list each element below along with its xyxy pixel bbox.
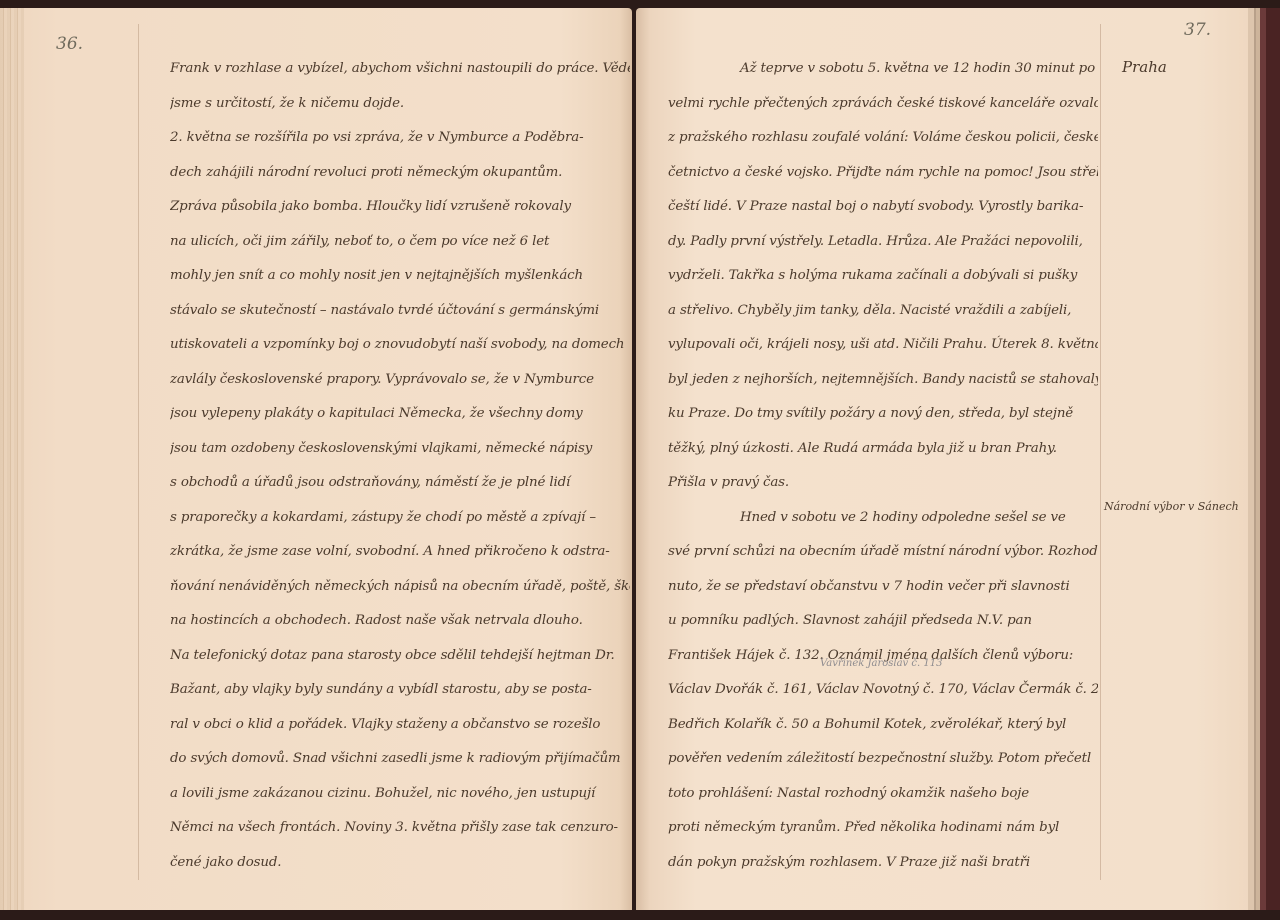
text-line: zkrátka, že jsme zase volní, svobodní. A… <box>170 535 630 570</box>
text-line: velmi rychle přečtených zprávách české t… <box>668 87 1098 122</box>
right-page-edges-and-binding <box>1248 8 1280 910</box>
text-line: 2. května se rozšířila po vsi zpráva, že… <box>170 121 630 156</box>
text-line: ňování nenáviděných německých nápisů na … <box>170 570 630 605</box>
text-line: Až teprve v sobotu 5. května ve 12 hodin… <box>668 52 1098 87</box>
text-line: s obchodů a úřadů jsou odstraňovány, nám… <box>170 466 630 501</box>
page-number-right: 37. <box>1184 20 1211 40</box>
left-page-text: Frank v rozhlase a vybízel, abychom všic… <box>170 52 630 880</box>
text-line: byl jeden z nejhorších, nejtemnějších. B… <box>668 363 1098 398</box>
text-line: Bedřich Kolařík č. 50 a Bohumil Kotek, z… <box>668 708 1098 743</box>
text-line: dy. Padly první výstřely. Letadla. Hrůza… <box>668 225 1098 260</box>
left-margin-rule <box>138 24 139 880</box>
text-line: a lovili jsme zakázanou cizinu. Bohužel,… <box>170 777 630 812</box>
text-line: a střelivo. Chyběly jim tanky, děla. Nac… <box>668 294 1098 329</box>
text-line: těžký, plný úzkosti. Ale Rudá armáda byl… <box>668 432 1098 467</box>
text-line: čeští lidé. V Praze nastal boj o nabytí … <box>668 190 1098 225</box>
text-line: jsme s určitostí, že k ničemu dojde. <box>170 87 630 122</box>
text-line: ku Praze. Do tmy svítily požáry a nový d… <box>668 397 1098 432</box>
text-line: do svých domovů. Snad všichni zasedli js… <box>170 742 630 777</box>
left-page-edges <box>0 8 24 910</box>
text-line: s praporečky a kokardami, zástupy že cho… <box>170 501 630 536</box>
text-line: dán pokyn pražským rozhlasem. V Praze ji… <box>668 846 1098 881</box>
text-line: Přišla v pravý čas. <box>668 466 1098 501</box>
text-line: dech zahájili národní revoluci proti něm… <box>170 156 630 191</box>
book-spread: 36. Frank v rozhlase a vybízel, abychom … <box>0 0 1280 920</box>
text-line: pověřen vedením záležitostí bezpečnostní… <box>668 742 1098 777</box>
text-line: Na telefonický dotaz pana starosty obce … <box>170 639 630 674</box>
text-line: čené jako dosud. <box>170 846 630 881</box>
text-line: zavlály československé prapory. Vyprávov… <box>170 363 630 398</box>
text-line: utiskovateli a vzpomínky boj o znovudoby… <box>170 328 630 363</box>
text-line: na hostincích a obchodech. Radost naše v… <box>170 604 630 639</box>
text-line: proti německým tyranům. Před několika ho… <box>668 811 1098 846</box>
pencil-insert: Vavřinek Jaroslav č. 113 <box>820 658 942 669</box>
text-line: ral v obci o klid a pořádek. Vlajky staž… <box>170 708 630 743</box>
text-line: nuto, že se představí občanstvu v 7 hodi… <box>668 570 1098 605</box>
text-line: Hned v sobotu ve 2 hodiny odpoledne seše… <box>668 501 1098 536</box>
text-line: na ulicích, oči jim zářily, neboť to, o … <box>170 225 630 260</box>
text-line: své první schůzi na obecním úřadě místní… <box>668 535 1098 570</box>
margin-note-praha: Praha <box>1122 58 1167 76</box>
text-line: stávalo se skutečností – nastávalo tvrdé… <box>170 294 630 329</box>
text-line: vylupovali oči, krájeli nosy, uši atd. N… <box>668 328 1098 363</box>
text-line: u pomníku padlých. Slavnost zahájil před… <box>668 604 1098 639</box>
text-line: jsou tam ozdobeny československými vlajk… <box>170 432 630 467</box>
text-line: z pražského rozhlasu zoufalé volání: Vol… <box>668 121 1098 156</box>
text-line: Němci na všech frontách. Noviny 3. květn… <box>170 811 630 846</box>
text-line: Frank v rozhlase a vybízel, abychom všic… <box>170 52 630 87</box>
margin-note-narodni-vybor: Národní výbor v Sánech <box>1104 500 1239 513</box>
text-line: Václav Dvořák č. 161, Václav Novotný č. … <box>668 673 1098 708</box>
text-line: jsou vylepeny plakáty o kapitulaci Němec… <box>170 397 630 432</box>
text-line: vydrželi. Takřka s holýma rukama začínal… <box>668 259 1098 294</box>
page-number-left: 36. <box>56 34 83 54</box>
text-line: toto prohlášení: Nastal rozhodný okamžik… <box>668 777 1098 812</box>
text-line: Bažant, aby vlajky byly sundány a vybídl… <box>170 673 630 708</box>
right-page-text: Až teprve v sobotu 5. května ve 12 hodin… <box>668 52 1098 880</box>
text-line: Zpráva působila jako bomba. Hloučky lidí… <box>170 190 630 225</box>
text-line: mohly jen snít a co mohly nosit jen v ne… <box>170 259 630 294</box>
right-margin-rule <box>1100 24 1101 880</box>
text-line: četnictvo a české vojsko. Přijďte nám ry… <box>668 156 1098 191</box>
